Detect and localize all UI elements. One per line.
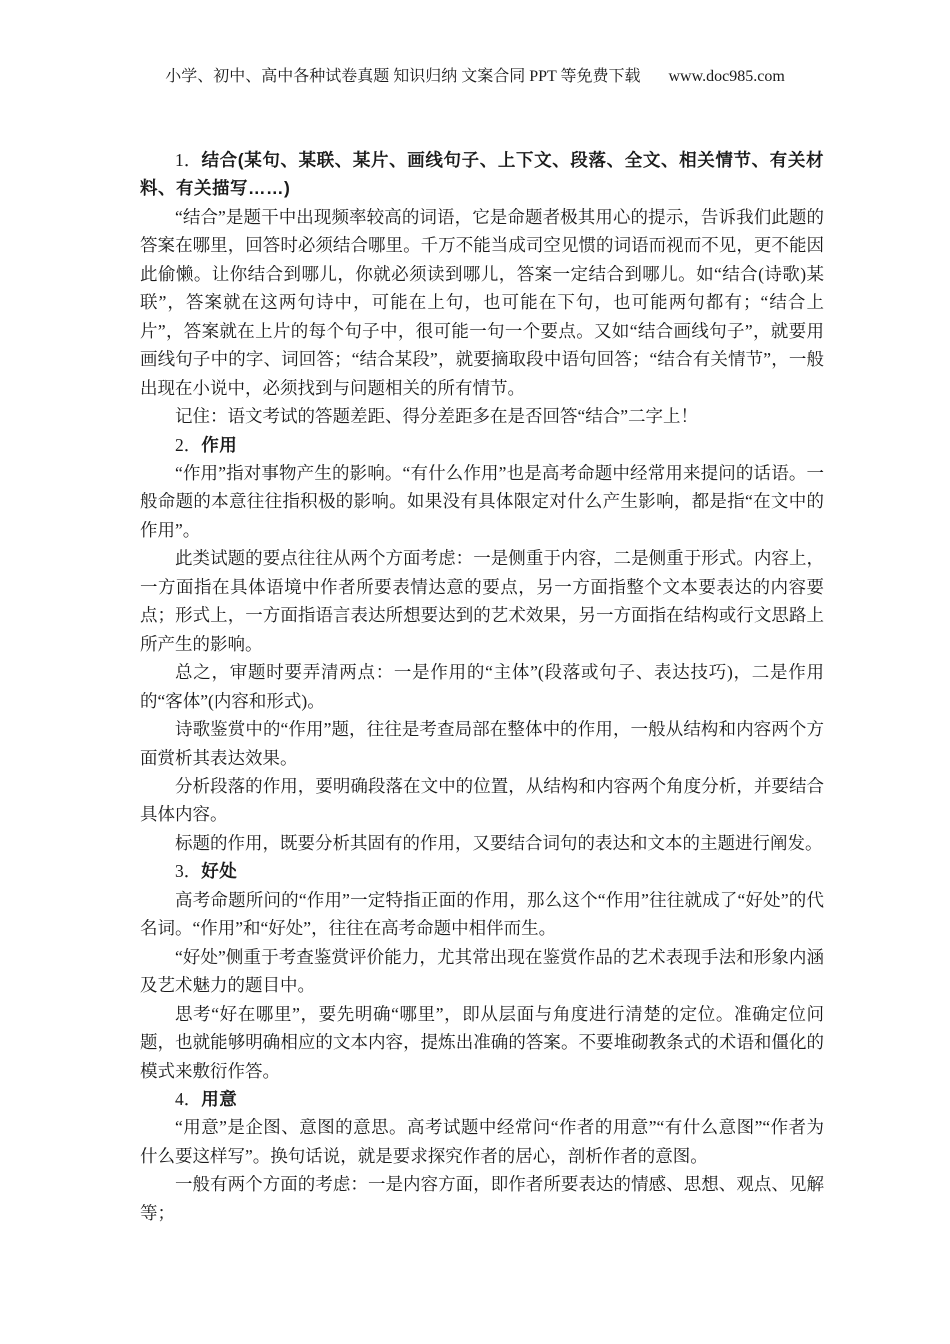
paragraph: 高考命题所问的“作用”一定特指正面的作用，那么这个“作用”往往就成了“好处”的代… xyxy=(140,886,824,943)
paragraph: “作用”指对事物产生的影响。“有什么作用”也是高考命题中经常用来提问的话语。一般… xyxy=(140,459,824,544)
paragraph: 分析段落的作用，要明确段落在文中的位置，从结构和内容两个角度分析，并要结合具体内… xyxy=(140,772,824,829)
section-heading-3: 3．好处 xyxy=(140,857,824,885)
header-promo-text: 小学、初中、高中各种试卷真题 知识归纳 文案合同 PPT 等免费下载 xyxy=(165,68,640,85)
paragraph: 一般有两个方面的考虑：一是内容方面，即作者所要表达的情感、思想、观点、见解等； xyxy=(140,1170,824,1227)
paragraph: 记住：语文考试的答题差距、得分差距多在是否回答“结合”二字上！ xyxy=(140,402,824,430)
document-page: { "document": { "header": { "promo": "小学… xyxy=(0,0,950,1344)
heading-number: 4． xyxy=(175,1089,201,1109)
paragraph: 思考“好在哪里”，要先明确“哪里”，即从层面与角度进行清楚的定位。准确定位问题，… xyxy=(140,1000,824,1085)
paragraph: “用意”是企图、意图的意思。高考试题中经常问“作者的用意”“有什么意图”“作者为… xyxy=(140,1113,824,1170)
document-body: 1．结合(某句、某联、某片、画线句子、上下文、段落、全文、相关情节、有关材料、有… xyxy=(140,146,824,1227)
section-heading-1: 1．结合(某句、某联、某片、画线句子、上下文、段落、全文、相关情节、有关材料、有… xyxy=(140,146,824,203)
paragraph: “结合”是题干中出现频率较高的词语，它是命题者极其用心的提示，告诉我们此题的答案… xyxy=(140,203,824,402)
paragraph: 标题的作用，既要分析其固有的作用，又要结合词句的表达和文本的主题进行阐发。 xyxy=(140,829,824,857)
heading-number: 1． xyxy=(175,150,202,170)
paragraph: 此类试题的要点往往从两个方面考虑：一是侧重于内容，二是侧重于形式。内容上，一方面… xyxy=(140,544,824,658)
paragraph: 诗歌鉴赏中的“作用”题，往往是考查局部在整体中的作用，一般从结构和内容两个方面赏… xyxy=(140,715,824,772)
paragraph: 总之，审题时要弄清两点：一是作用的“主体”(段落或句子、表达技巧)，二是作用的“… xyxy=(140,658,824,715)
page-header: 小学、初中、高中各种试卷真题 知识归纳 文案合同 PPT 等免费下载www.do… xyxy=(0,66,950,88)
heading-term: 结合(某句、某联、某片、画线句子、上下文、段落、全文、相关情节、有关材料、有关描… xyxy=(140,150,824,198)
heading-number: 3． xyxy=(175,861,201,881)
heading-term: 作用 xyxy=(201,435,237,455)
heading-number: 2． xyxy=(175,435,201,455)
heading-term: 用意 xyxy=(201,1089,237,1109)
paragraph: “好处”侧重于考查鉴赏评价能力，尤其常出现在鉴赏作品的艺术表现手法和形象内涵及艺… xyxy=(140,943,824,1000)
header-site-url: www.doc985.com xyxy=(669,68,785,85)
section-heading-4: 4．用意 xyxy=(140,1085,824,1113)
heading-term: 好处 xyxy=(201,861,237,881)
section-heading-2: 2．作用 xyxy=(140,431,824,459)
